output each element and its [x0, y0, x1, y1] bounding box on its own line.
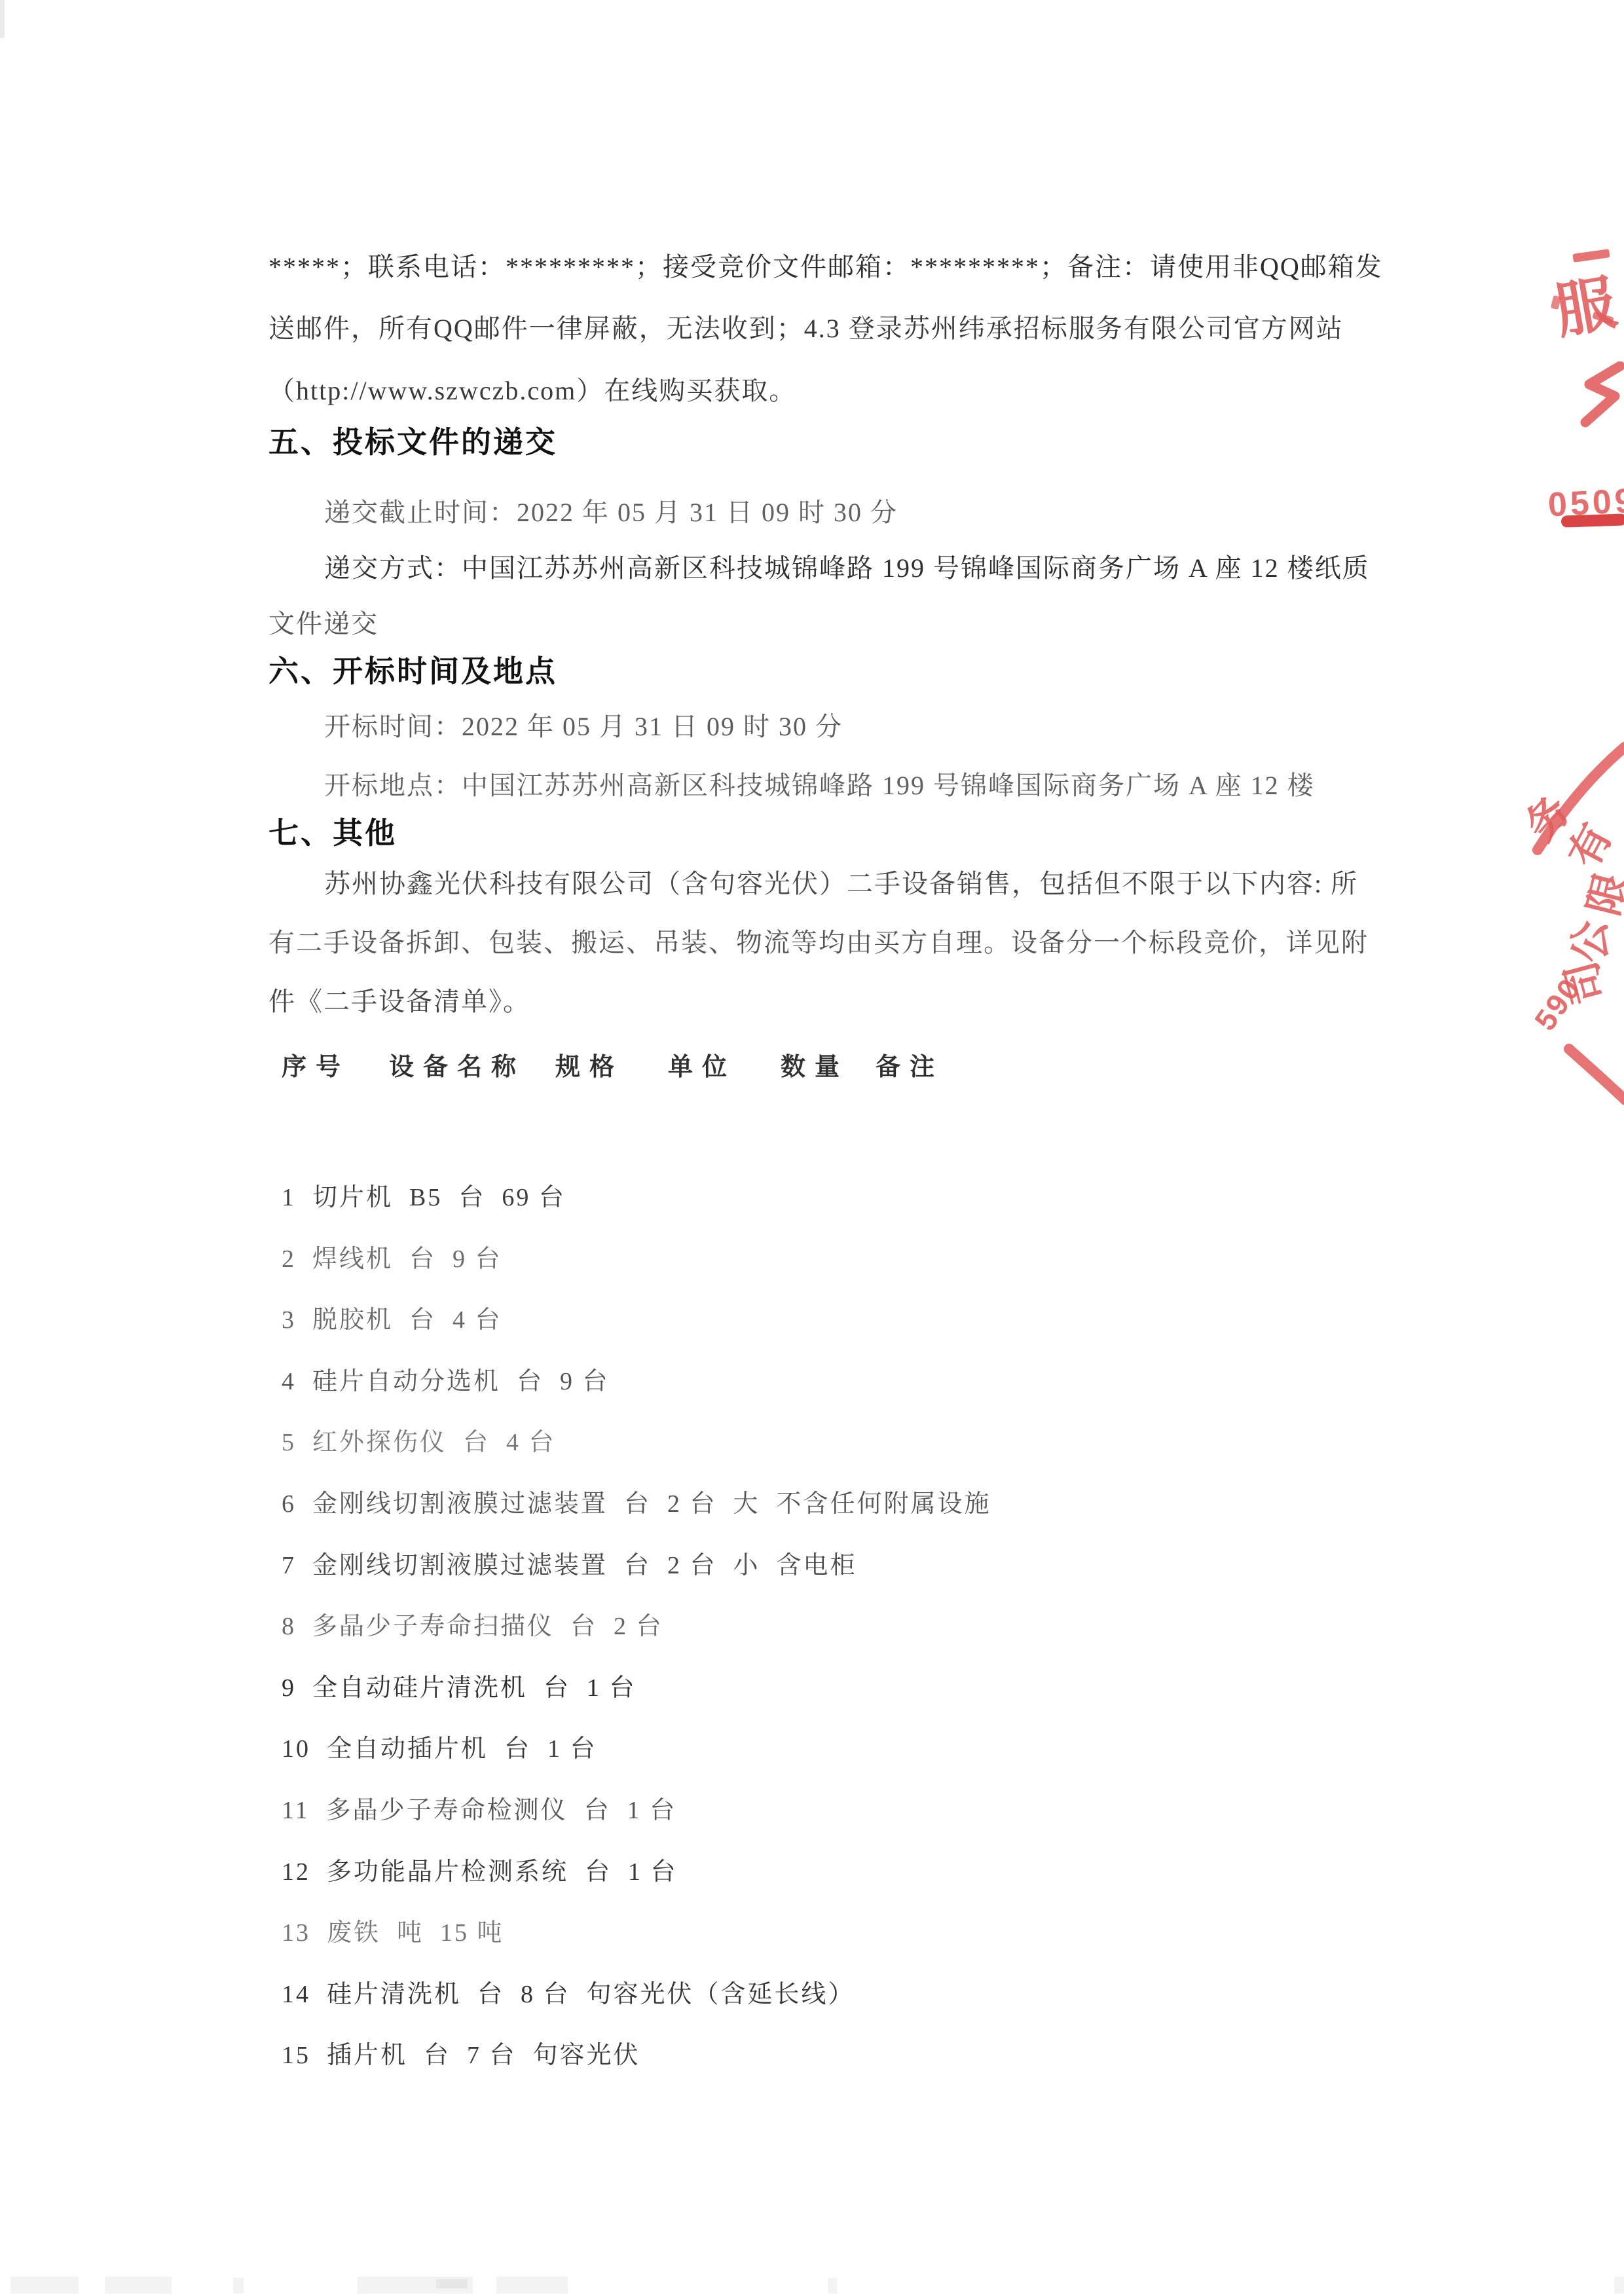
table-row: 4 硅片自动分选机 台 9 台	[282, 1361, 610, 1397]
table-row: 12 多功能晶片检测系统 台 1 台	[282, 1851, 678, 1887]
delivery-method-line: 递交方式：中国江苏苏州高新区科技城锦峰路 199 号锦峰国际商务广场 A 座 1…	[324, 553, 1370, 583]
table-row: 8 多晶少子寿命扫描仪 台 2 台	[282, 1606, 663, 1642]
scan-artifact	[0, 0, 5, 38]
other-paragraph-line: 苏州协鑫光伏科技有限公司（含句容光伏）二手设备销售，包括但不限于以下内容: 所	[324, 869, 1358, 899]
section-seven-heading: 七、其他	[268, 817, 397, 851]
scan-artifact	[828, 2278, 837, 2294]
column-header-spec: 规格	[555, 1046, 623, 1082]
table-row: 3 脱胶机 台 4 台	[282, 1299, 502, 1335]
table-row: 9 全自动硅片清洗机 台 1 台	[282, 1667, 637, 1703]
table-row: 15 插片机 台 7 台 句容光伏	[282, 2034, 640, 2070]
other-paragraph-line: 有二手设备拆卸、包装、搬运、吊装、物流等均由买方自理。设备分一个标段竞价，详见附	[268, 928, 1369, 958]
scan-artifact	[1614, 2277, 1624, 2294]
table-row: 11 多晶少子寿命检测仪 台 1 台	[282, 1790, 676, 1826]
scan-artifact	[496, 2277, 568, 2294]
deadline-line: 递交截止时间：2022 年 05 月 31 日 09 时 30 分	[324, 498, 898, 528]
table-row: 5 红外探伤仪 台 4 台	[282, 1422, 556, 1458]
column-header-name: 设备名称	[389, 1046, 525, 1082]
intro-line: 送邮件，所有QQ邮件一律屏蔽，无法收到；4.3 登录苏州纬承招标服务有限公司官方…	[268, 314, 1344, 344]
delivery-method-line-cont: 文件递交	[268, 609, 378, 639]
table-row: 13 废铁 吨 15 吨	[282, 1912, 504, 1948]
table-row: 7 金刚线切割液膜过滤装置 台 2 台 小 含电柜	[282, 1545, 857, 1581]
scan-artifact	[10, 2277, 79, 2294]
column-header-qty: 数量	[781, 1046, 849, 1082]
other-paragraph-line: 件《二手设备清单》。	[268, 987, 530, 1017]
table-row: 14 硅片清洗机 台 8 台 句容光伏（含延长线）	[282, 1974, 855, 2010]
document-page: *****；联系电话：*********；接受竞价文件邮箱：*********；…	[0, 0, 1624, 2295]
column-header-note: 备注	[876, 1046, 944, 1082]
table-row: 2 焊线机 台 9 台	[282, 1238, 502, 1274]
bid-opening-place-line: 开标地点：中国江苏苏州高新区科技城锦峰路 199 号锦峰国际商务广场 A 座 1…	[324, 771, 1315, 801]
bid-opening-time-line: 开标时间：2022 年 05 月 31 日 09 时 30 分	[324, 712, 843, 742]
equipment-table-header: 序号 设备名称 规格 单位 数量 备注	[0, 1046, 1624, 1086]
stamp-red-bar	[1561, 513, 1624, 527]
section-five-heading: 五、投标文件的递交	[268, 426, 557, 460]
table-row: 6 金刚线切割液膜过滤装置 台 2 台 大 不含任何附属设施	[282, 1483, 991, 1519]
scan-artifact	[233, 2278, 244, 2294]
column-header-unit: 单位	[668, 1046, 736, 1082]
intro-line: （http://www.szwczb.com）在线购买获取。	[268, 376, 796, 406]
table-row: 10 全自动插片机 台 1 台	[282, 1728, 597, 1764]
intro-line: *****；联系电话：*********；接受竞价文件邮箱：*********；…	[268, 252, 1383, 282]
stamp-zigzag-mark	[1579, 361, 1624, 428]
scan-artifact	[105, 2277, 172, 2294]
seal-character: 公	[1557, 919, 1618, 963]
column-header-index: 序号	[282, 1046, 350, 1082]
table-row: 1 切片机 B5 台 69 台	[282, 1177, 566, 1213]
section-six-heading: 六、开标时间及地点	[268, 655, 557, 689]
scan-artifact	[436, 2279, 468, 2288]
